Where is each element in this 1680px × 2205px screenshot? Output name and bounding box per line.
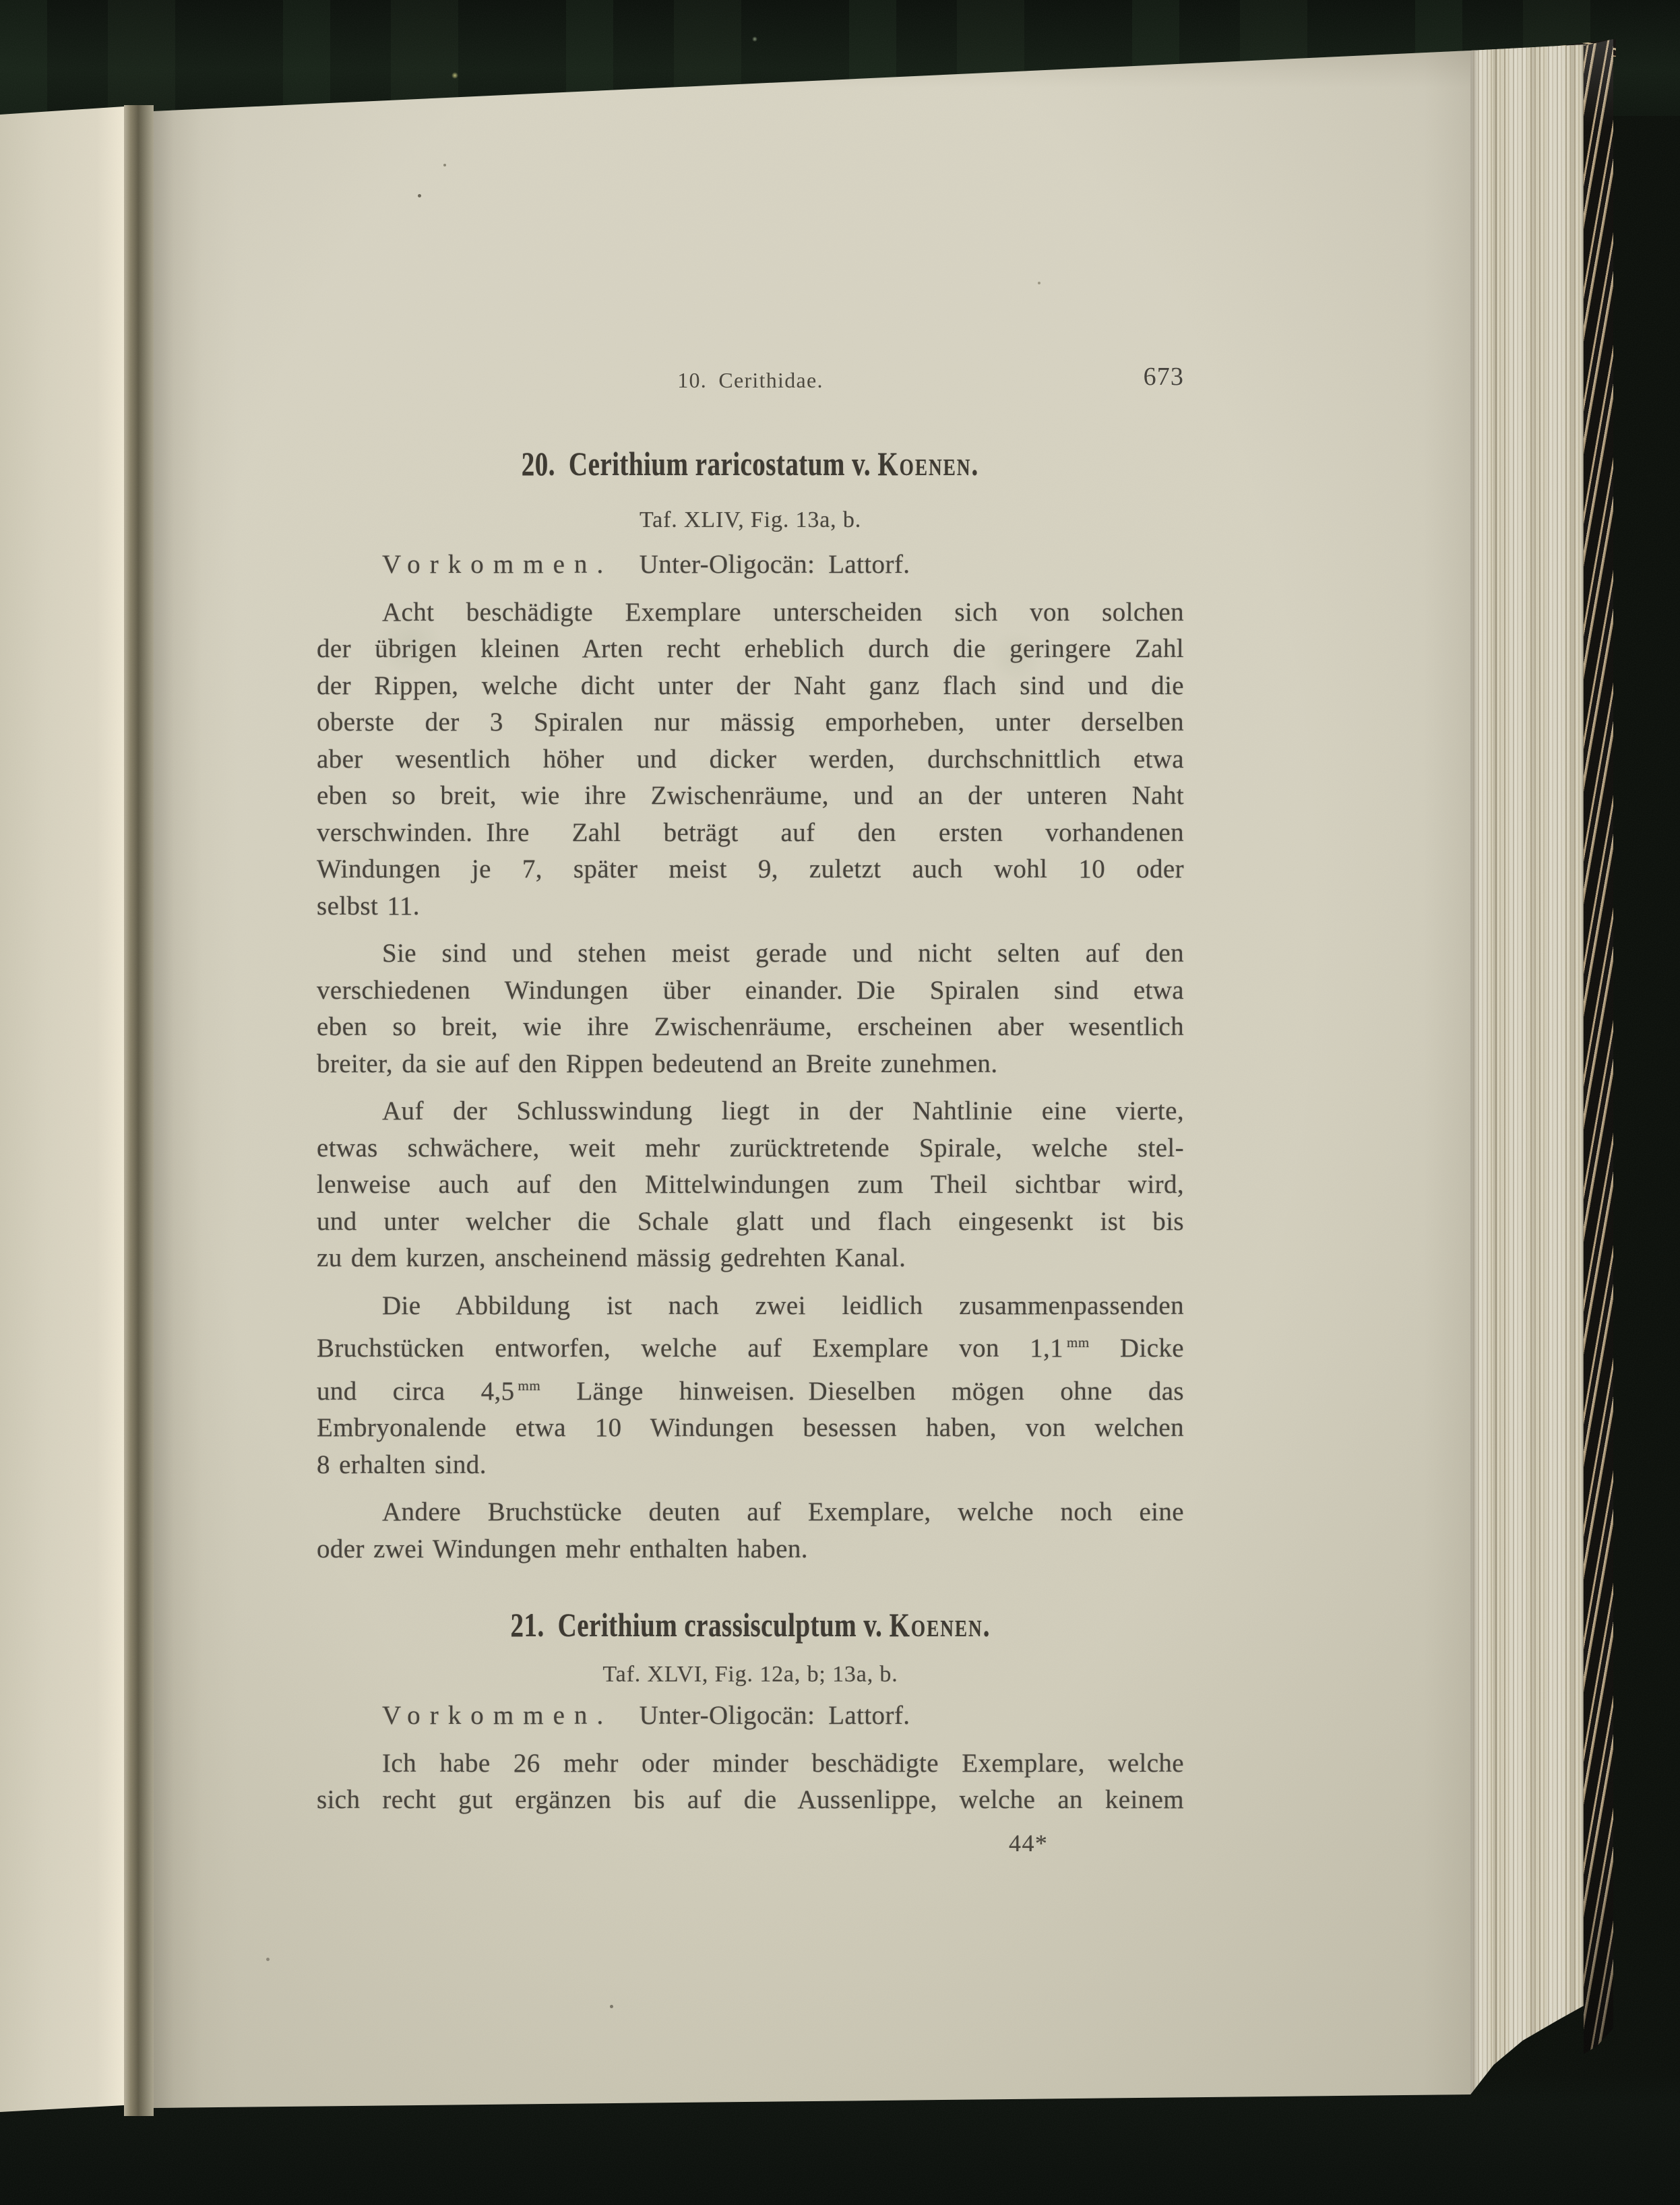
paragraph: Die Abbildung ist nach zwei leidlich zus… <box>317 1288 1184 1484</box>
text-line: 8 erhalten sind. <box>317 1447 1184 1484</box>
signature-mark: 44* <box>1009 1829 1048 1857</box>
text-segment: Länge hinweisen. Dieselben mögen ohne da… <box>540 1377 1184 1406</box>
text-segment: lenweise auch auf den Mittelwindungen zu… <box>317 1170 1184 1199</box>
species-heading-20-text: 20. Cerithium raricostatum v. Koenen. <box>522 444 979 483</box>
text-line: der Rippen, welche dicht unter der Naht … <box>317 668 1184 705</box>
text-line: Die Abbildung ist nach zwei leidlich zus… <box>317 1288 1184 1325</box>
text-segment: Acht beschädigte Exemplare unterscheiden… <box>382 598 1184 627</box>
text-line: breiter, da sie auf den Rippen bedeutend… <box>317 1046 1184 1083</box>
text-line: aber wesentlich höher und dicker werden,… <box>317 741 1184 778</box>
text-segment: 8 erhalten sind. <box>317 1450 487 1479</box>
text-line: eben so breit, wie ihre Zwischenräume, e… <box>317 1009 1184 1046</box>
text-segment: verschwinden. Ihre Zahl beträgt auf den … <box>317 818 1184 847</box>
paper-speck <box>418 194 421 197</box>
text-segment: Dicke <box>1090 1334 1184 1363</box>
species-heading-20: 20. Cerithium raricostatum v. Koenen. <box>317 444 1184 483</box>
facing-page-edge <box>0 106 124 2116</box>
marbled-cover-edge <box>1584 39 1613 2063</box>
text-line: Bruchstücken entworfen, welche auf Exemp… <box>317 1324 1184 1367</box>
paper-speck <box>610 2005 613 2008</box>
paragraph: Auf der Schlusswindung liegt in der Naht… <box>317 1093 1184 1277</box>
spaced-word: Vorkommen. <box>382 550 613 579</box>
text-segment: selbst 11. <box>317 892 420 921</box>
text-segment: und unter welcher die Schale glatt und f… <box>317 1207 1184 1236</box>
text-segment: Die Abbildung ist nach zwei leidlich zus… <box>382 1291 1184 1320</box>
superscript-mm: mm <box>518 1377 541 1394</box>
text-line: sich recht gut ergänzen bis auf die Auss… <box>317 1782 1184 1819</box>
text-segment: der übrigen kleinen Arten recht erheblic… <box>317 634 1184 663</box>
paragraph: Sie sind und stehen meist gerade und nic… <box>317 935 1184 1082</box>
text-line: Vorkommen. Unter-Oligocän: Lattorf. <box>317 547 1184 584</box>
book-fore-edge <box>1470 44 1586 2101</box>
text-segment: Windungen je 7, später meist 9, zuletzt … <box>317 855 1184 883</box>
text-segment: der Rippen, welche dicht unter der Naht … <box>317 671 1184 700</box>
text-line: Auf der Schlusswindung liegt in der Naht… <box>317 1093 1184 1130</box>
text-segment: Unter-Oligocän: Lattorf. <box>613 1701 910 1730</box>
author-smallcaps: Koenen. <box>877 445 979 483</box>
text-segment: breiter, da sie auf den Rippen bedeutend… <box>317 1049 997 1078</box>
paper-speck <box>266 1958 270 1961</box>
plate-ref-20: Taf. XLIV, Fig. 13a, b. <box>317 507 1184 534</box>
author-smallcaps: Koenen. <box>889 1606 991 1644</box>
paragraph: Andere Bruchstücke deuten auf Exemplare,… <box>317 1494 1184 1567</box>
text-segment: sich recht gut ergänzen bis auf die Auss… <box>317 1785 1184 1814</box>
text-segment: Bruchstücken entworfen, welche auf Exemp… <box>317 1334 1063 1363</box>
gutter-shadow <box>124 105 154 2116</box>
text-segment: und circa 4,5 <box>317 1377 515 1406</box>
running-header: 10. Cerithidae. <box>677 368 823 392</box>
text-line: Ich habe 26 mehr oder minder beschädigte… <box>317 1745 1184 1782</box>
text-segment: aber wesentlich höher und dicker werden,… <box>317 745 1184 774</box>
text-line: Acht beschädigte Exemplare unterscheiden… <box>317 594 1184 631</box>
text-line: zu dem kurzen, anscheinend mässig gedreh… <box>317 1240 1184 1277</box>
species-heading-21: 21. Cerithium crassisculptum v. Koenen. <box>317 1605 1184 1644</box>
text-line: Embryonalende etwa 10 Windungen besessen… <box>317 1410 1184 1447</box>
text-segment: Andere Bruchstücke deuten auf Exemplare,… <box>382 1497 1184 1526</box>
text-segment: oder zwei Windungen mehr enthalten haben… <box>317 1534 808 1563</box>
text-line: der übrigen kleinen Arten recht erheblic… <box>317 631 1184 668</box>
species-title: 20. Cerithium raricostatum v. <box>522 445 878 483</box>
text-segment: Unter-Oligocän: Lattorf. <box>613 550 910 579</box>
spaced-word: Vorkommen. <box>382 1701 613 1730</box>
text-line: verschwinden. Ihre Zahl beträgt auf den … <box>317 815 1184 852</box>
superscript-mm: mm <box>1067 1334 1090 1350</box>
text-line: eben so breit, wie ihre Zwischenräume, u… <box>317 778 1184 815</box>
paragraph: Vorkommen. Unter-Oligocän: Lattorf. <box>317 1698 1184 1735</box>
paragraph: Ich habe 26 mehr oder minder beschädigte… <box>317 1745 1184 1819</box>
text-line: und circa 4,5mm Länge hinweisen. Dieselb… <box>317 1367 1184 1410</box>
species-title: 21. Cerithium crassisculptum v. <box>510 1606 889 1644</box>
text-segment: eben so breit, wie ihre Zwischenräume, u… <box>317 781 1184 810</box>
text-line: Windungen je 7, später meist 9, zuletzt … <box>317 851 1184 888</box>
text-line: und unter welcher die Schale glatt und f… <box>317 1204 1184 1241</box>
text-line: Andere Bruchstücke deuten auf Exemplare,… <box>317 1494 1184 1531</box>
text-line: verschiedenen Windungen über einander. D… <box>317 972 1184 1010</box>
text-segment: Sie sind und stehen meist gerade und nic… <box>382 939 1184 968</box>
page-number: 673 <box>1144 364 1184 390</box>
text-line: oberste der 3 Spiralen nur mässig emporh… <box>317 704 1184 741</box>
paper-speck <box>1038 282 1040 284</box>
text-line: oder zwei Windungen mehr enthalten haben… <box>317 1531 1184 1568</box>
text-line: etwas schwächere, weit mehr zurücktreten… <box>317 1130 1184 1167</box>
text-column-20: Vorkommen. Unter-Oligocän: Lattorf.Acht … <box>317 547 1184 1567</box>
text-line: Vorkommen. Unter-Oligocän: Lattorf. <box>317 1698 1184 1735</box>
text-segment: oberste der 3 Spiralen nur mässig emporh… <box>317 708 1184 737</box>
text-segment: Ich habe 26 mehr oder minder beschädigte… <box>382 1749 1184 1778</box>
scan-background: { "palette": { "background": "#0b0f0a", … <box>0 0 1680 2205</box>
text-segment: zu dem kurzen, anscheinend mässig gedreh… <box>317 1243 906 1272</box>
text-line: Sie sind und stehen meist gerade und nic… <box>317 935 1184 972</box>
paper-speck <box>443 164 446 166</box>
book-page: 10. Cerithidae. 673 20. Cerithium rarico… <box>154 51 1470 2109</box>
running-header-row: 10. Cerithidae. 673 <box>317 367 1184 394</box>
text-segment: etwas schwächere, weit mehr zurücktreten… <box>317 1133 1184 1162</box>
text-line: lenweise auch auf den Mittelwindungen zu… <box>317 1167 1184 1204</box>
plate-ref-21: Taf. XLVI, Fig. 12a, b; 13a, b. <box>317 1661 1184 1688</box>
text-segment: Auf der Schlusswindung liegt in der Naht… <box>382 1096 1184 1125</box>
paragraph: Acht beschädigte Exemplare unterscheiden… <box>317 594 1184 925</box>
text-segment: verschiedenen Windungen über einander. D… <box>317 976 1184 1005</box>
paragraph: Vorkommen. Unter-Oligocän: Lattorf. <box>317 547 1184 584</box>
text-line: selbst 11. <box>317 888 1184 925</box>
text-column-21: Vorkommen. Unter-Oligocän: Lattorf.Ich h… <box>317 1698 1184 1819</box>
text-segment: Embryonalende etwa 10 Windungen besessen… <box>317 1413 1184 1442</box>
species-heading-21-text: 21. Cerithium crassisculptum v. Koenen. <box>510 1605 991 1644</box>
text-segment: eben so breit, wie ihre Zwischenräume, e… <box>317 1012 1184 1041</box>
